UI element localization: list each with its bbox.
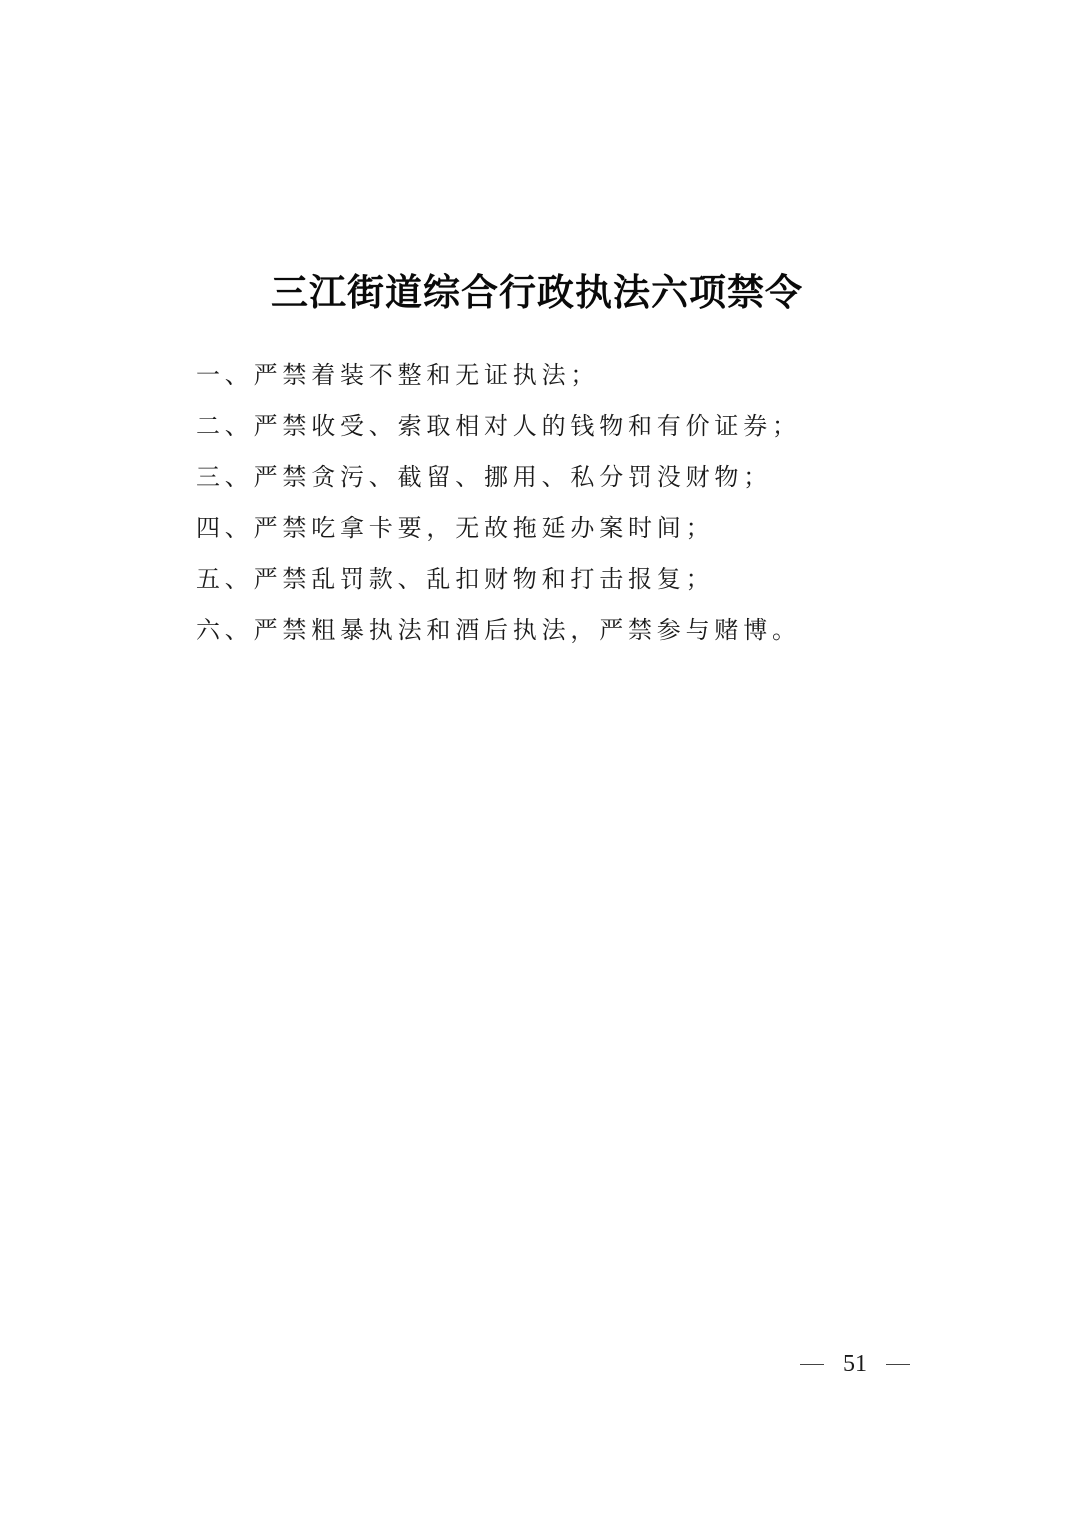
document-page: 三江街道综合行政执法六项禁令 一、严禁着装不整和无证执法； 二、严禁收受、索取相… bbox=[0, 0, 1074, 1520]
page-footer: 51 bbox=[800, 1351, 910, 1378]
prohibition-item: 三、严禁贪污、截留、挪用、私分罚没财物； bbox=[196, 452, 801, 503]
prohibition-list: 一、严禁着装不整和无证执法； 二、严禁收受、索取相对人的钱物和有价证券； 三、严… bbox=[196, 350, 801, 656]
prohibition-item: 五、严禁乱罚款、乱扣财物和打击报复； bbox=[196, 554, 801, 605]
prohibition-item: 二、严禁收受、索取相对人的钱物和有价证券； bbox=[196, 401, 801, 452]
page-number-right-dash bbox=[886, 1364, 910, 1366]
prohibition-item: 四、严禁吃拿卡要，无故拖延办案时间； bbox=[196, 503, 801, 554]
page-number: 51 bbox=[843, 1351, 867, 1378]
prohibition-item: 六、严禁粗暴执法和酒后执法，严禁参与赌博。 bbox=[196, 605, 801, 656]
page-number-left-dash bbox=[800, 1364, 824, 1366]
prohibition-item: 一、严禁着装不整和无证执法； bbox=[196, 350, 801, 401]
document-title: 三江街道综合行政执法六项禁令 bbox=[0, 265, 1074, 319]
